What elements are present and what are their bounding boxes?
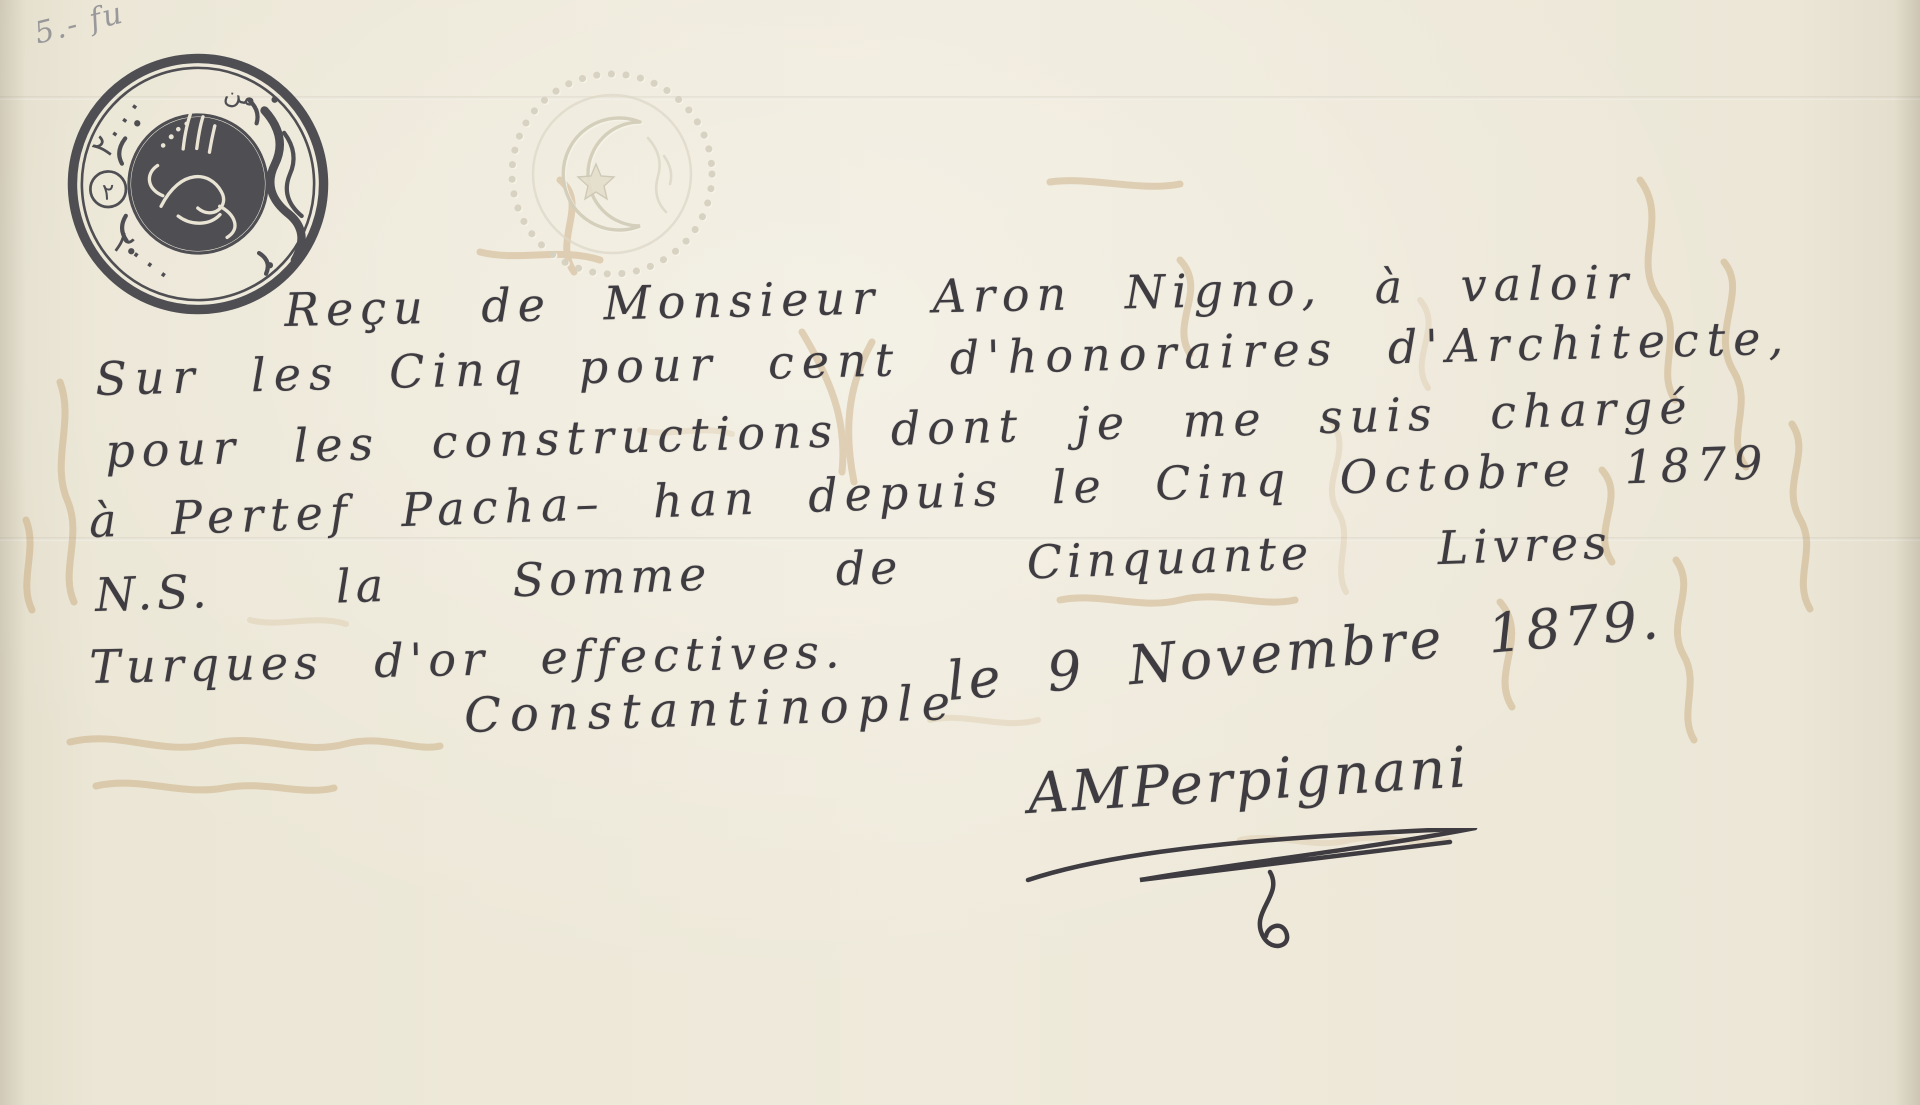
left-edge-shadow [0, 0, 26, 1105]
receipt-page: 5.- fu من [0, 0, 1920, 1105]
seal-inner-texture [648, 138, 671, 212]
dateline-date: le 9 Novembre 1879. [945, 588, 1665, 713]
embossed-seal-icon [498, 60, 726, 288]
signature: AMPerpignani [1026, 735, 1471, 827]
star-icon [578, 164, 614, 199]
signature-flourish [1020, 828, 1500, 958]
dateline-place: Constantinople [464, 675, 960, 744]
right-edge-shadow [1894, 0, 1920, 1105]
stamp-value-numeral: ٢ [102, 179, 115, 205]
pencil-note: 5.- fu [31, 0, 128, 51]
embossed-seal [498, 60, 726, 288]
